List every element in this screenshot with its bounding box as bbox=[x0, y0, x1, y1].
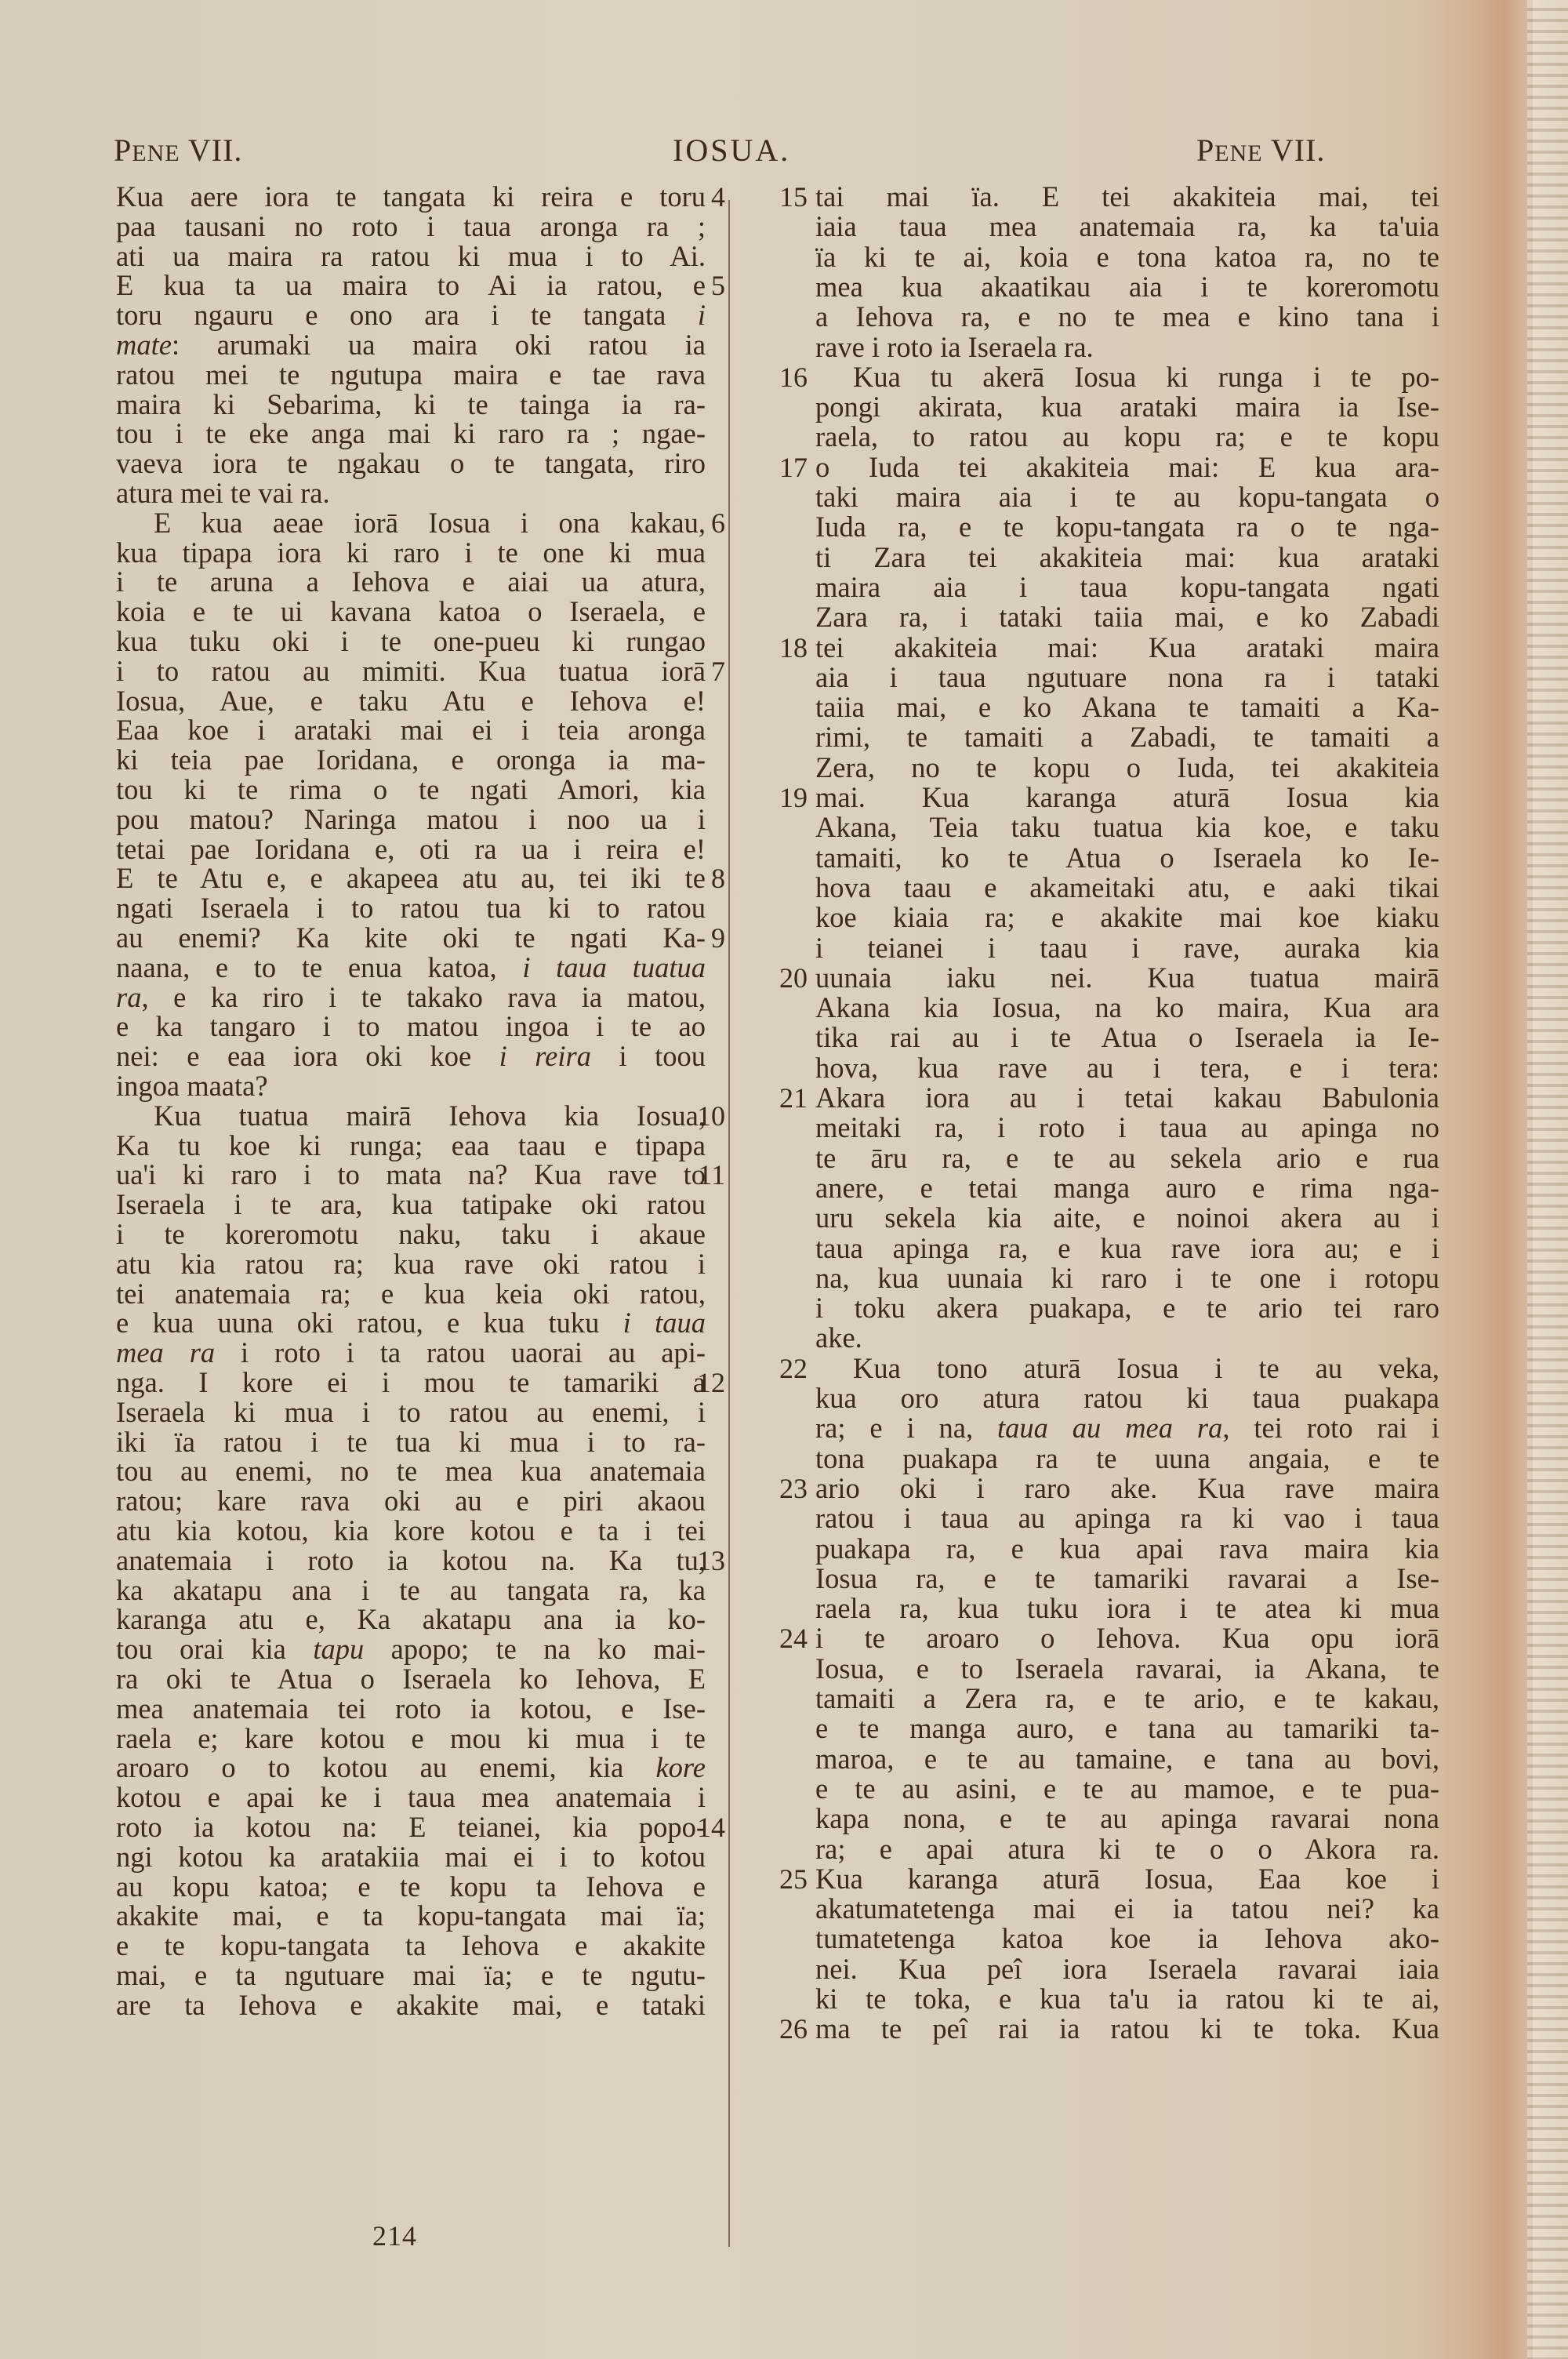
text-line: karanga atu e, Ka akatapu ana ia ko- bbox=[116, 1605, 706, 1634]
text-line: akakite mai, e ta kopu-tangata mai ïa; bbox=[116, 1901, 706, 1931]
verse-number: 8 bbox=[678, 863, 725, 893]
verse-number: 18 bbox=[760, 633, 808, 663]
verse-number: 11 bbox=[678, 1160, 725, 1190]
text-line: hova taau e akameitaki atu, e aaki tikai bbox=[815, 873, 1439, 903]
text-line: ki te toka, e kua ta'u ia ratou ki te ai… bbox=[815, 1984, 1439, 2014]
text-line: te āru ra, e te au sekela ario e rua bbox=[815, 1143, 1439, 1173]
text-line: anere, e tetai manga auro e rima nga- bbox=[815, 1173, 1439, 1203]
text-line: ra; e apai atura ki te o o Akora ra. bbox=[815, 1834, 1439, 1864]
text-line: taua apinga ra, e kua rave iora au; e i bbox=[815, 1234, 1439, 1263]
text-line: ra, e ka riro i te takako rava ia matou, bbox=[116, 983, 706, 1012]
running-header-right: PENE VII. bbox=[1196, 132, 1325, 169]
verse-number: 16 bbox=[760, 362, 808, 392]
text-line: ratou mei te ngutupa maira e tae rava bbox=[116, 360, 706, 390]
text-line: Iosua, e to Iseraela ravarai, ia Akana, … bbox=[815, 1654, 1439, 1684]
verse-number: 19 bbox=[760, 783, 808, 812]
verse-number: 25 bbox=[760, 1864, 808, 1894]
text-line: taiia mai, e ko Akana te tamaiti a Ka- bbox=[815, 692, 1439, 722]
text-line: rave i roto ia Iseraela ra. bbox=[815, 333, 1439, 362]
text-line: kapa nona, e te au apinga ravarai nona bbox=[815, 1804, 1439, 1834]
text-line: ra; e i na, taua au mea ra, tei roto rai… bbox=[815, 1413, 1439, 1443]
running-header-left: PENE VII. bbox=[114, 132, 242, 169]
page-number: 214 bbox=[372, 2219, 417, 2252]
text-line: i te koreromotu naku, taku i akaue bbox=[116, 1219, 706, 1249]
text-line: tei anatemaia ra; e kua keia oki ratou, bbox=[116, 1279, 706, 1309]
text-line: e te au asini, e te au mamoe, e te pua- bbox=[815, 1774, 1439, 1804]
text-line: raela ra, kua tuku iora i te atea ki mua bbox=[815, 1594, 1439, 1623]
text-line: atura mei te vai ra. bbox=[116, 478, 706, 508]
running-header-book-title: IOSUA. bbox=[673, 132, 790, 169]
verse-number: 4 bbox=[678, 182, 725, 212]
next-page-edge bbox=[1527, 0, 1568, 2359]
text-line: pou matou? Naringa matou i noo ua i bbox=[116, 805, 706, 834]
text-line: au enemi? Ka kite oki te ngati Ka- bbox=[116, 923, 706, 953]
verse-number: 26 bbox=[760, 2014, 808, 2044]
text-line: tumatetenga katoa koe ia Iehova ako- bbox=[815, 1924, 1439, 1954]
text-line: tika rai au i te Atua o Iseraela ia Ie- bbox=[815, 1023, 1439, 1052]
verse-number: 20 bbox=[760, 963, 808, 993]
text-line: E kua aeae iorā Iosua i ona kakau, bbox=[116, 508, 706, 538]
text-line: kotou e apai ke i taua mea anatemaia i bbox=[116, 1783, 706, 1812]
verse-number: 17 bbox=[760, 453, 808, 482]
text-line: akatumatetenga mai ei ia tatou nei? ka bbox=[815, 1894, 1439, 1924]
text-line: mea kua akaatikau aia i te koreromotu bbox=[815, 272, 1439, 302]
text-line: tou ki te rima o te ngati Amori, kia bbox=[116, 775, 706, 805]
verse-number: 24 bbox=[760, 1623, 808, 1653]
text-line: roto ia kotou na: E teianei, kia popo- bbox=[116, 1812, 706, 1842]
text-line: Kua karanga aturā Iosua, Eaa koe i bbox=[815, 1864, 1439, 1894]
text-line: o Iuda tei akakiteia mai: E kua ara- bbox=[815, 453, 1439, 482]
text-line: mea ra i roto i ta ratou uaorai au api- bbox=[116, 1338, 706, 1368]
text-line: ratou; kare rava oki au e piri akaou bbox=[116, 1486, 706, 1516]
verse-number: 6 bbox=[678, 508, 725, 538]
text-line: mai. Kua karanga aturā Iosua kia bbox=[815, 783, 1439, 812]
book-page: PENE VII. IOSUA. PENE VII. Kua aere iora… bbox=[0, 0, 1568, 2359]
text-line: vaeva iora te ngakau o te tangata, riro bbox=[116, 449, 706, 478]
verse-number: 22 bbox=[760, 1354, 808, 1383]
text-line: tamaiti, ko te Atua o Iseraela ko Ie- bbox=[815, 843, 1439, 873]
text-line: Akara iora au i tetai kakau Babulonia bbox=[815, 1083, 1439, 1113]
text-line: Iosua ra, e te tamariki ravarai a Ise- bbox=[815, 1564, 1439, 1594]
text-line: ïa ki te ai, koia e tona katoa ra, no te bbox=[815, 242, 1439, 272]
text-line: tou orai kia tapu apopo; te na ko mai- bbox=[116, 1634, 706, 1664]
text-line: maira aia i taua kopu-tangata ngati bbox=[815, 572, 1439, 602]
text-line: i toku akera puakapa, e te ario tei raro bbox=[815, 1293, 1439, 1323]
text-line: kua tipapa iora ki raro i te one ki mua bbox=[116, 538, 706, 568]
text-line: ki teia pae Ioridana, e oronga ia ma- bbox=[116, 745, 706, 775]
text-line: Iseraela i te ara, kua tatipake oki rato… bbox=[116, 1190, 706, 1219]
verse-number: 9 bbox=[678, 923, 725, 953]
text-line: nei: e eaa iora oki koe i reira i toou bbox=[116, 1041, 706, 1071]
text-line: anatemaia i roto ia kotou na. Ka tu, bbox=[116, 1546, 706, 1576]
text-line: mate: arumaki ua maira oki ratou ia bbox=[116, 330, 706, 360]
text-line: ngati Iseraela i to ratou tua ki to rato… bbox=[116, 893, 706, 923]
text-line: Zara ra, i tataki taiia mai, e ko Zabadi bbox=[815, 602, 1439, 632]
text-line: e ka tangaro i to matou ingoa i te ao bbox=[116, 1012, 706, 1041]
text-line: Iuda ra, e te kopu-tangata ra o te nga- bbox=[815, 512, 1439, 542]
text-line: au kopu katoa; e te kopu ta Iehova e bbox=[116, 1872, 706, 1902]
text-line: meitaki ra, i roto i taua au apinga no bbox=[815, 1113, 1439, 1143]
text-line: i to ratou au mimiti. Kua tuatua iorā bbox=[116, 656, 706, 686]
text-line: naana, e to te enua katoa, i taua tuatua bbox=[116, 953, 706, 983]
text-line: aroaro o to kotou au enemi, kia kore bbox=[116, 1753, 706, 1783]
text-line: kua oro atura ratou ki taua puakapa bbox=[815, 1383, 1439, 1413]
text-line: raela, to ratou au kopu ra; e te kopu bbox=[815, 422, 1439, 452]
text-line: ka akatapu ana i te au tangata ra, ka bbox=[116, 1576, 706, 1605]
text-line: e te manga auro, e tana au tamariki ta- bbox=[815, 1714, 1439, 1743]
text-line: Iseraela ki mua i to ratou au enemi, i bbox=[116, 1398, 706, 1427]
verse-number: 14 bbox=[678, 1812, 725, 1842]
verse-number: 10 bbox=[678, 1101, 725, 1131]
text-line: ma te peî rai ia ratou ki te toka. Kua bbox=[815, 2014, 1439, 2044]
text-line: Kua aere iora te tangata ki reira e toru bbox=[116, 182, 706, 212]
text-line: uru sekela kia aite, e noinoi akera au i bbox=[815, 1203, 1439, 1233]
text-line: Akana, Teia taku tuatua kia koe, e taku bbox=[815, 812, 1439, 842]
text-line: na, kua uunaia ki raro i te one i rotopu bbox=[815, 1263, 1439, 1293]
verse-number: 21 bbox=[760, 1083, 808, 1113]
text-line: Zera, no te kopu o Iuda, tei akakiteia bbox=[815, 753, 1439, 783]
text-line: ngi kotou ka aratakiia mai ei i to kotou bbox=[116, 1842, 706, 1872]
text-line: ake. bbox=[815, 1323, 1439, 1353]
text-line: pongi akirata, kua arataki maira ia Ise- bbox=[815, 392, 1439, 422]
text-line: Akana kia Iosua, na ko maira, Kua ara bbox=[815, 993, 1439, 1023]
text-line: mai, e ta ngutuare mai ïa; e te ngutu- bbox=[116, 1961, 706, 1990]
text-line: atu kia kotou, kia kore kotou e ta i tei bbox=[116, 1516, 706, 1546]
verse-number: 7 bbox=[678, 656, 725, 686]
text-line: Ka tu koe ki runga; eaa taau e tipapa bbox=[116, 1131, 706, 1161]
text-line: ratou i taua au apinga ra ki vao i taua bbox=[815, 1503, 1439, 1533]
text-line: rimi, te tamaiti a Zabadi, te tamaiti a bbox=[815, 722, 1439, 752]
text-line: toru ngauru e ono ara i te tangata i bbox=[116, 300, 706, 330]
text-line: uunaia iaku nei. Kua tuatua mairā bbox=[815, 963, 1439, 993]
text-line: Kua tuatua mairā Iehova kia Iosua, bbox=[116, 1101, 706, 1131]
text-line: a Iehova ra, e no te mea e kino tana i bbox=[815, 302, 1439, 332]
text-line: Kua tono aturā Iosua i te au veka, bbox=[815, 1354, 1439, 1383]
text-line: atu kia ratou ra; kua rave oki ratou i bbox=[116, 1249, 706, 1279]
verse-number: 12 bbox=[678, 1368, 725, 1398]
text-line: raela e; kare kotou e mou ki mua i te bbox=[116, 1724, 706, 1754]
text-line: ra oki te Atua o Iseraela ko Iehova, E bbox=[116, 1664, 706, 1694]
text-line: tona puakapa ra te uuna angaia, e te bbox=[815, 1444, 1439, 1474]
text-line: E te Atu e, e akapeea atu au, tei iki te bbox=[116, 863, 706, 893]
text-line: hova, kua rave au i tera, e i tera: bbox=[815, 1053, 1439, 1083]
text-line: mea anatemaia tei roto ia kotou, e Ise- bbox=[116, 1694, 706, 1724]
text-line: tou i te eke anga mai ki raro ra ; ngae- bbox=[116, 419, 706, 449]
verse-number: 23 bbox=[760, 1474, 808, 1503]
verse-number: 13 bbox=[678, 1546, 725, 1576]
text-line: maira ki Sebarima, ki te tainga ia ra- bbox=[116, 390, 706, 420]
page-gutter-shadow bbox=[1474, 0, 1533, 2359]
text-line: i te aruna a Iehova e aiai ua atura, bbox=[116, 567, 706, 597]
verse-number: 5 bbox=[678, 271, 725, 300]
text-line: i teianei i taau i rave, auraka kia bbox=[815, 933, 1439, 963]
text-line: ati ua maira ra ratou ki mua i to Ai. bbox=[116, 242, 706, 271]
text-line: nga. I kore ei i mou te tamariki a bbox=[116, 1368, 706, 1398]
text-line: aia i taua ngutuare nona ra i tataki bbox=[815, 663, 1439, 692]
text-line: koe kiaia ra; e akakite mai koe kiaku bbox=[815, 903, 1439, 932]
text-line: iaia taua mea anatemaia ra, ka ta'uia bbox=[815, 212, 1439, 242]
text-line: ti Zara tei akakiteia mai: kua arataki bbox=[815, 543, 1439, 572]
text-line: are ta Iehova e akakite mai, e tataki bbox=[116, 1990, 706, 2020]
text-line: paa tausani no roto i taua aronga ra ; bbox=[116, 212, 706, 242]
verse-number: 15 bbox=[760, 182, 808, 212]
text-line: e kua uuna oki ratou, e kua tuku i taua bbox=[116, 1308, 706, 1338]
text-line: iki ïa ratou i te tua ki mua i to ra- bbox=[116, 1427, 706, 1457]
text-line: ingoa maata? bbox=[116, 1071, 706, 1101]
text-line: e te kopu-tangata ta Iehova e akakite bbox=[116, 1931, 706, 1961]
text-line: taki maira aia i te au kopu-tangata o bbox=[815, 482, 1439, 512]
text-line: Kua tu akerā Iosua ki runga i te po- bbox=[815, 362, 1439, 392]
text-line: nei. Kua peî iora Iseraela ravarai iaia bbox=[815, 1954, 1439, 1984]
text-line: ario oki i raro ake. Kua rave maira bbox=[815, 1474, 1439, 1503]
text-line: kua tuku oki i te one-pueu ki rungao bbox=[116, 627, 706, 656]
text-line: puakapa ra, e kua apai rava maira kia bbox=[815, 1534, 1439, 1564]
text-line: E kua ta ua maira to Ai ia ratou, e bbox=[116, 271, 706, 300]
text-line: ua'i ki raro i to mata na? Kua rave to bbox=[116, 1160, 706, 1190]
text-line: Eaa koe i arataki mai ei i teia aronga bbox=[116, 715, 706, 745]
text-line: tei akakiteia mai: Kua arataki maira bbox=[815, 633, 1439, 663]
text-line: tamaiti a Zera ra, e te ario, e te kakau… bbox=[815, 1684, 1439, 1714]
text-line: tou au enemi, no te mea kua anatemaia bbox=[116, 1456, 706, 1486]
column-divider bbox=[728, 200, 730, 2247]
text-line: tai mai ïa. E tei akakiteia mai, tei bbox=[815, 182, 1439, 212]
text-line: maroa, e te au tamaine, e tana au bovi, bbox=[815, 1744, 1439, 1774]
text-line: Iosua, Aue, e taku Atu e Iehova e! bbox=[116, 686, 706, 716]
text-line: tetai pae Ioridana e, oti ra ua i reira … bbox=[116, 834, 706, 864]
text-line: koia e te ui kavana katoa o Iseraela, e bbox=[116, 597, 706, 627]
text-line: i te aroaro o Iehova. Kua opu iorā bbox=[815, 1623, 1439, 1653]
